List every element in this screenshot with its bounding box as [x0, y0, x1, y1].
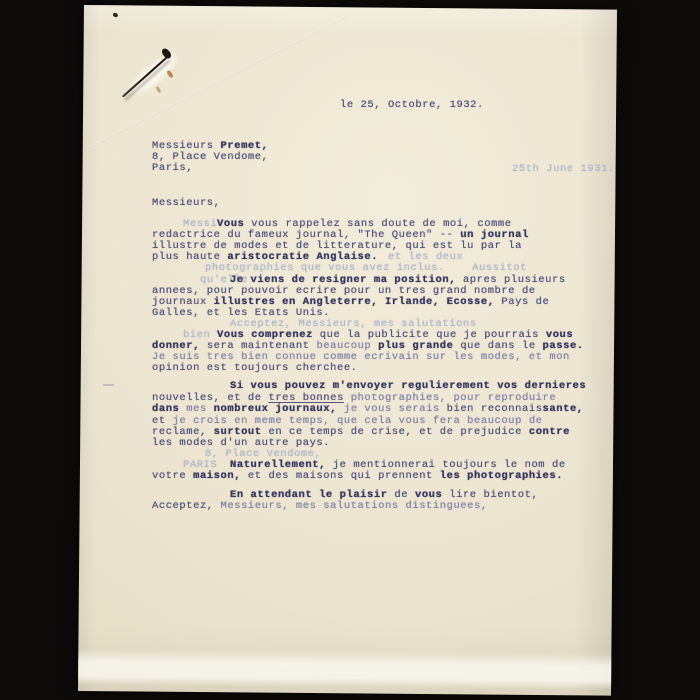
letter-line: le 25, Octobre, 1932.: [340, 100, 484, 111]
letter-line: plus haute aristocratie Anglaise.: [152, 252, 378, 263]
letter-line: les modes d'un autre pays.: [152, 438, 330, 449]
letter-line: Galles, et les Etats Unis.: [152, 308, 330, 319]
letter-line: dans mes nombreux journaux, je vous sera…: [152, 404, 584, 415]
letter-photograph: 25th June 1931.Messiet les deuxphotograp…: [0, 0, 700, 700]
letter-text-layer: le 25, Octobre, 1932.Messieurs Premet,8,…: [0, 0, 700, 700]
letter-line: Messieurs,: [152, 198, 221, 209]
letter-line: Acceptez, Messieurs, mes salutations dis…: [152, 501, 488, 512]
letter-line: Si vous pouvez m'envoyer regulierement v…: [230, 381, 586, 392]
letter-line: opinion est toujours cherchee.: [152, 363, 358, 374]
letter-line: votre maison, et des maisons qui prennen…: [152, 471, 563, 482]
letter-line: Paris,: [152, 163, 193, 174]
